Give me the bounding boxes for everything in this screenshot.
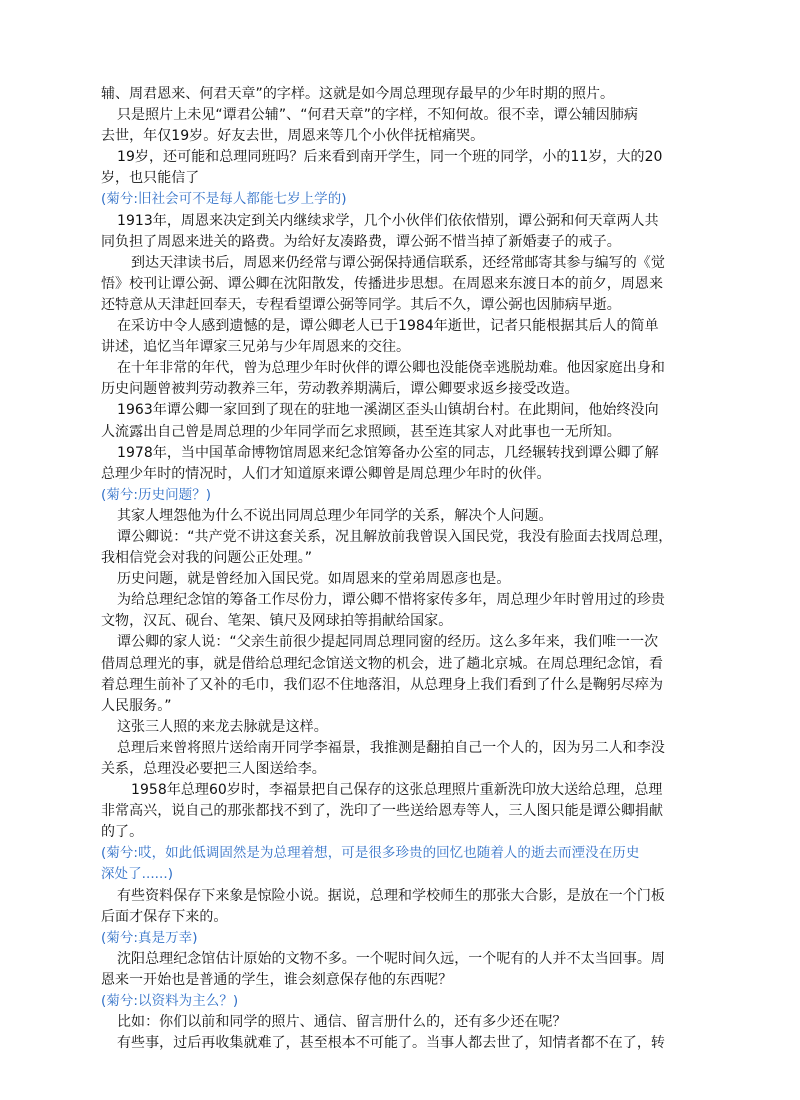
- body-text-line: 我相信党会对我的问题公正处理。”: [101, 548, 685, 569]
- body-text-line: 到达天津读书后，周恩来仍经常与谭公弼保持通信联系，还经常邮寄其参与编写的《觉: [101, 253, 685, 274]
- body-text-line: 19岁，还可能和总理同班吗？后来看到南开学生，同一个班的同学，小的11岁，大的2…: [101, 147, 685, 168]
- body-text-line: 比如：你们以前和同学的照片、通信、留言册什么的，还有多少还在呢？: [101, 1012, 685, 1033]
- body-text-line: 沈阳总理纪念馆估计原始的文物不多。一个呢时间久远，一个呢有的人并不太当回事。周: [101, 949, 685, 970]
- body-text-line: 谭公卿说：“共产党不讲这套关系，况且解放前我曾误入国民党，我没有脸面去找周总理，: [101, 527, 685, 548]
- body-text-line: 1958年总理60岁时，李福景把自己保存的这张总理照片重新洗印放大送给总理，总理: [101, 780, 685, 801]
- editor-note-line: (菊兮:哎，如此低调固然是为总理着想，可是很多珍贵的回忆也随着人的逝去而湮没在历…: [101, 843, 685, 864]
- body-text-line: 岁，也只能信了: [101, 168, 685, 189]
- editor-note-line: (菊兮:以资料为主么？): [101, 991, 685, 1012]
- body-text-line: 1978年，当中国革命博物馆周恩来纪念馆筹备办公室的同志，几经辗转找到谭公卿了解: [101, 443, 685, 464]
- body-text-line: 历史问题，就是曾经加入国民党。如周恩来的堂弟周恩彦也是。: [101, 569, 685, 590]
- body-text-line: 悟》校刊让谭公弼、谭公卿在沈阳散发，传播进步思想。在周恩来东渡日本的前夕，周恩来: [101, 274, 685, 295]
- body-text-line: 1963年谭公卿一家回到了现在的驻地一溪湖区歪头山镇胡台村。在此期间，他始终没向: [101, 400, 685, 421]
- body-text-line: 关系，总理没必要把三人图送给李。: [101, 759, 685, 780]
- body-text-line: 着总理生前补了又补的毛巾，我们忍不住地落泪，从总理身上我们看到了什么是鞠躬尽瘁为: [101, 675, 685, 696]
- body-text-line: 有些资料保存下来象是惊险小说。据说，总理和学校师生的那张大合影，是放在一个门板: [101, 886, 685, 907]
- body-text-line: 还特意从天津赶回奉天，专程看望谭公弼等同学。其后不久，谭公弼也因肺病早逝。: [101, 295, 685, 316]
- body-text-line: 这张三人照的来龙去脉就是这样。: [101, 717, 685, 738]
- editor-note-line: (菊兮:真是万幸): [101, 928, 685, 949]
- body-text-line: 谭公卿的家人说：“父亲生前很少提起同周总理同窗的经历。这么多年来，我们唯一一次: [101, 632, 685, 653]
- body-text-line: 为给总理纪念馆的筹备工作尽份力，谭公卿不惜将家传多年，周总理少年时曾用过的珍贵: [101, 590, 685, 611]
- body-text-line: 有些事，过后再收集就难了，甚至根本不可能了。当事人都去世了，知情者都不在了，转: [101, 1033, 685, 1054]
- body-text-line: 总理少年时的情况时，人们才知道原来谭公卿曾是周总理少年时的伙伴。: [101, 464, 685, 485]
- document-page: 辅、周君恩来、何君天章”的字样。这就是如今周总理现存最早的少年时期的照片。只是照…: [0, 0, 800, 1100]
- body-text-line: 历史问题曾被判劳动教养三年，劳动教养期满后，谭公卿要求返乡接受改造。: [101, 379, 685, 400]
- body-text-line: 文物，汉瓦、砚台、笔架、镇尺及网球拍等捐献给国家。: [101, 611, 685, 632]
- body-text-line: 只是照片上未见“谭君公辅”、“何君天章”的字样，不知何故。很不幸，谭公辅因肺病: [101, 105, 685, 126]
- body-text-line: 同负担了周恩来进关的路费。为给好友凑路费，谭公弼不惜当掉了新婚妻子的戒子。: [101, 232, 685, 253]
- body-text-line: 非常高兴，说自己的那张都找不到了，洗印了一些送给恩寿等人，三人图只能是谭公卿捐献: [101, 801, 685, 822]
- body-text-line: 恩来一开始也是普通的学生，谁会刻意保存他的东西呢？: [101, 970, 685, 991]
- body-text-line: 辅、周君恩来、何君天章”的字样。这就是如今周总理现存最早的少年时期的照片。: [101, 84, 685, 105]
- body-text-line: 在十年非常的年代，曾为总理少年时伙伴的谭公卿也没能侥幸逃脱劫难。他因家庭出身和: [101, 358, 685, 379]
- body-text-line: 在采访中令人感到遗憾的是，谭公卿老人已于1984年逝世，记者只能根据其后人的简单: [101, 316, 685, 337]
- editor-note-line: 深处了......): [101, 864, 685, 885]
- body-text-line: 的了。: [101, 822, 685, 843]
- document-body: 辅、周君恩来、何君天章”的字样。这就是如今周总理现存最早的少年时期的照片。只是照…: [101, 84, 685, 1054]
- body-text-line: 1913年，周恩来决定到关内继续求学，几个小伙伴们依依惜别，谭公弼和何天章两人共: [101, 211, 685, 232]
- body-text-line: 后面才保存下来的。: [101, 907, 685, 928]
- body-text-line: 其家人埋怨他为什么不说出同周总理少年同学的关系，解决个人问题。: [101, 506, 685, 527]
- body-text-line: 人流露出自己曾是周总理的少年同学而乞求照顾，甚至连其家人对此事也一无所知。: [101, 422, 685, 443]
- body-text-line: 借周总理光的事，就是借给总理纪念馆送文物的机会，进了趟北京城。在周总理纪念馆，看: [101, 654, 685, 675]
- body-text-line: 去世，年仅19岁。好友去世，周恩来等几个小伙伴抚棺痛哭。: [101, 126, 685, 147]
- body-text-line: 人民服务。”: [101, 696, 685, 717]
- editor-note-line: (菊兮:旧社会可不是每人都能七岁上学的): [101, 189, 685, 210]
- body-text-line: 总理后来曾将照片送给南开同学李福景，我推测是翻拍自己一个人的，因为另二人和李没: [101, 738, 685, 759]
- body-text-line: 讲述，追忆当年谭家三兄弟与少年周恩来的交往。: [101, 337, 685, 358]
- editor-note-line: (菊兮:历史问题？): [101, 485, 685, 506]
